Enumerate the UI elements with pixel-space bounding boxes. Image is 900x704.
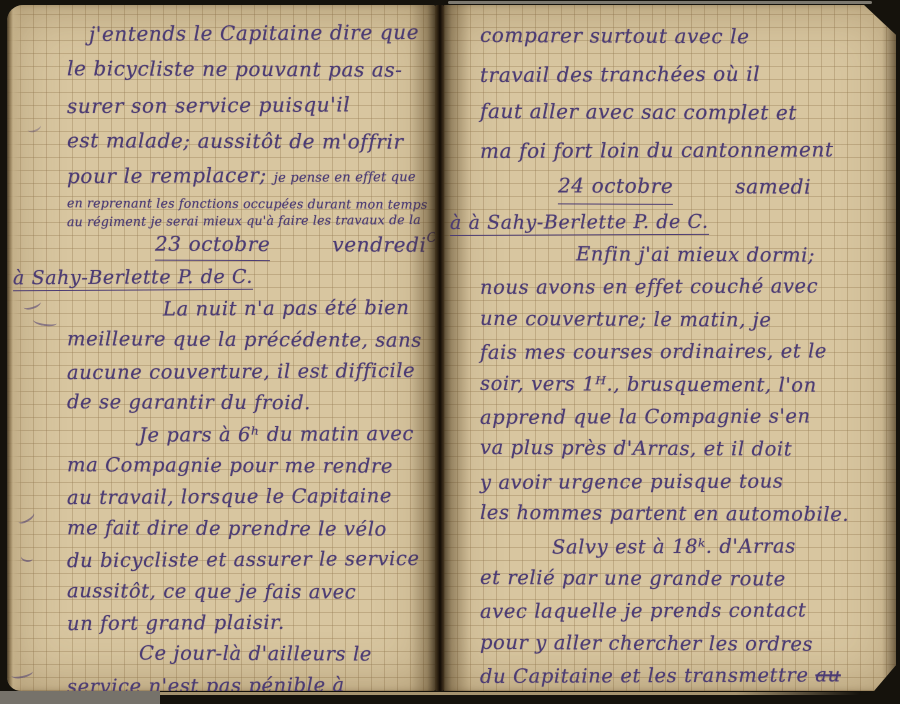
- handwritten-line: Enfin j'ai mieux dormi;: [480, 238, 892, 273]
- handwritten-line: soir, vers 1ᴴ., brusquement, l'on: [480, 368, 892, 403]
- handwritten-line: va plus près d'Arras, et il doit: [480, 432, 892, 467]
- handwritten-line: au travail, lorsque le Capitaine: [67, 480, 431, 514]
- handwritten-line: le bicycliste ne pouvant pas as-: [67, 50, 431, 88]
- handwritten-line: pour y aller chercher les ordres: [480, 627, 892, 662]
- line-main: du Capitaine et les transmettre: [480, 664, 809, 688]
- line-main: pour le remplacer;: [67, 163, 267, 188]
- handwritten-line: Salvy est à 18ᵏ. d'Arras: [480, 530, 892, 564]
- handwritten-line: aussitôt, ce que je fais avec: [67, 575, 431, 608]
- entry-location-text: à à Sahy-Berlette P. de C.: [450, 211, 709, 236]
- handwritten-line: un fort grand plaisir.: [67, 606, 431, 640]
- handwritten-line: une couverture; le matin, je: [480, 303, 892, 338]
- handwritten-line: aucune couverture, il est difficile: [67, 355, 431, 389]
- left-page: j'entends le Capitaine dire que le bicyc…: [7, 5, 435, 691]
- entry-location: à Sahy-Berlette P. de C.: [13, 260, 431, 295]
- handwritten-line: travail des tranchées où il: [480, 54, 892, 94]
- handwritten-line: apprend que la Compagnie s'en: [480, 400, 892, 434]
- handwritten-line: les hommes partent en automobile.: [480, 497, 892, 532]
- scanner-bed-strip: [0, 691, 160, 704]
- entry-body: Enfin j'ai mieux dormi; nous avons en ef…: [480, 239, 892, 691]
- entry-location: à à Sahy-Berlette P. de C.: [450, 204, 892, 240]
- handwritten-line: est malade; aussitôt de m'offrir: [67, 122, 431, 160]
- scanner-edge-highlight: [448, 1, 872, 4]
- struck-out-word: au: [815, 664, 840, 687]
- handwritten-line: comparer surtout avec le: [480, 16, 892, 56]
- handwritten-line: de se garantir du froid.: [67, 386, 431, 419]
- entry-date: 23 octobre: [155, 229, 270, 262]
- entry-location-text: à Sahy-Berlette P. de C.: [13, 266, 253, 291]
- handwritten-line: Ce jour-là d'ailleurs le: [67, 638, 431, 671]
- handwritten-line: faut aller avec sac complet et: [480, 92, 892, 132]
- right-page: comparer surtout avec le travail des tra…: [444, 5, 896, 691]
- interline-note: au régiment je serai mieux qu'à faire le…: [67, 211, 431, 230]
- handwritten-line: avec laquelle je prends contact: [480, 595, 892, 629]
- handwritten-line: pour le remplacer; je pense en effet que: [67, 158, 431, 196]
- notebook-scan: j'entends le Capitaine dire que le bicyc…: [0, 0, 900, 704]
- entry-weekday: samedi: [735, 169, 811, 203]
- handwritten-line: j'entends le Capitaine dire que: [67, 14, 431, 52]
- handwritten-line: me fait dire de prendre le vélo: [67, 512, 431, 545]
- right-page-text: comparer surtout avec le travail des tra…: [444, 5, 896, 691]
- handwritten-line: fais mes courses ordinaires, et le: [480, 335, 892, 369]
- handwritten-line: meilleure que la précédente, sans: [67, 324, 431, 357]
- interline-note: en reprenant les fonctions occupées dura…: [67, 194, 431, 213]
- entry-heading: 24 octobre samedi: [480, 168, 892, 206]
- handwritten-line: ma Compagnie pour me rendre: [67, 449, 431, 482]
- handwritten-line: nous avons en effet couché avec: [480, 271, 892, 305]
- handwritten-line: ma foi fort loin du cantonnement: [480, 130, 892, 170]
- entry-date: 24 octobre: [558, 168, 674, 205]
- handwritten-line: surer son service puisqu'il: [67, 86, 431, 124]
- entry-weekday: vendredi: [332, 229, 426, 259]
- handwritten-line: du bicycliste et assurer le service: [67, 543, 431, 577]
- handwritten-line: y avoir urgence puisque tous: [480, 465, 892, 499]
- entry-body: La nuit n'a pas été bien meilleure que l…: [67, 293, 431, 691]
- handwritten-line: et relié par une grande route: [480, 562, 892, 597]
- line-cramped-tail: je pense en effet que: [274, 170, 416, 186]
- handwritten-line: Je pars à 6ʰ du matin avec: [67, 418, 431, 452]
- left-page-text: j'entends le Capitaine dire que le bicyc…: [7, 5, 435, 691]
- entry-trailing-word: Compagnie.: [427, 224, 435, 254]
- handwritten-line: du Capitaine et les transmettre au: [480, 659, 892, 691]
- entry-heading: 23 octobre vendredi Compagnie.: [67, 228, 431, 262]
- handwritten-line: La nuit n'a pas été bien: [67, 292, 431, 326]
- handwritten-line: service n'est pas pénible à: [67, 669, 431, 691]
- binding-gutter: [435, 5, 444, 691]
